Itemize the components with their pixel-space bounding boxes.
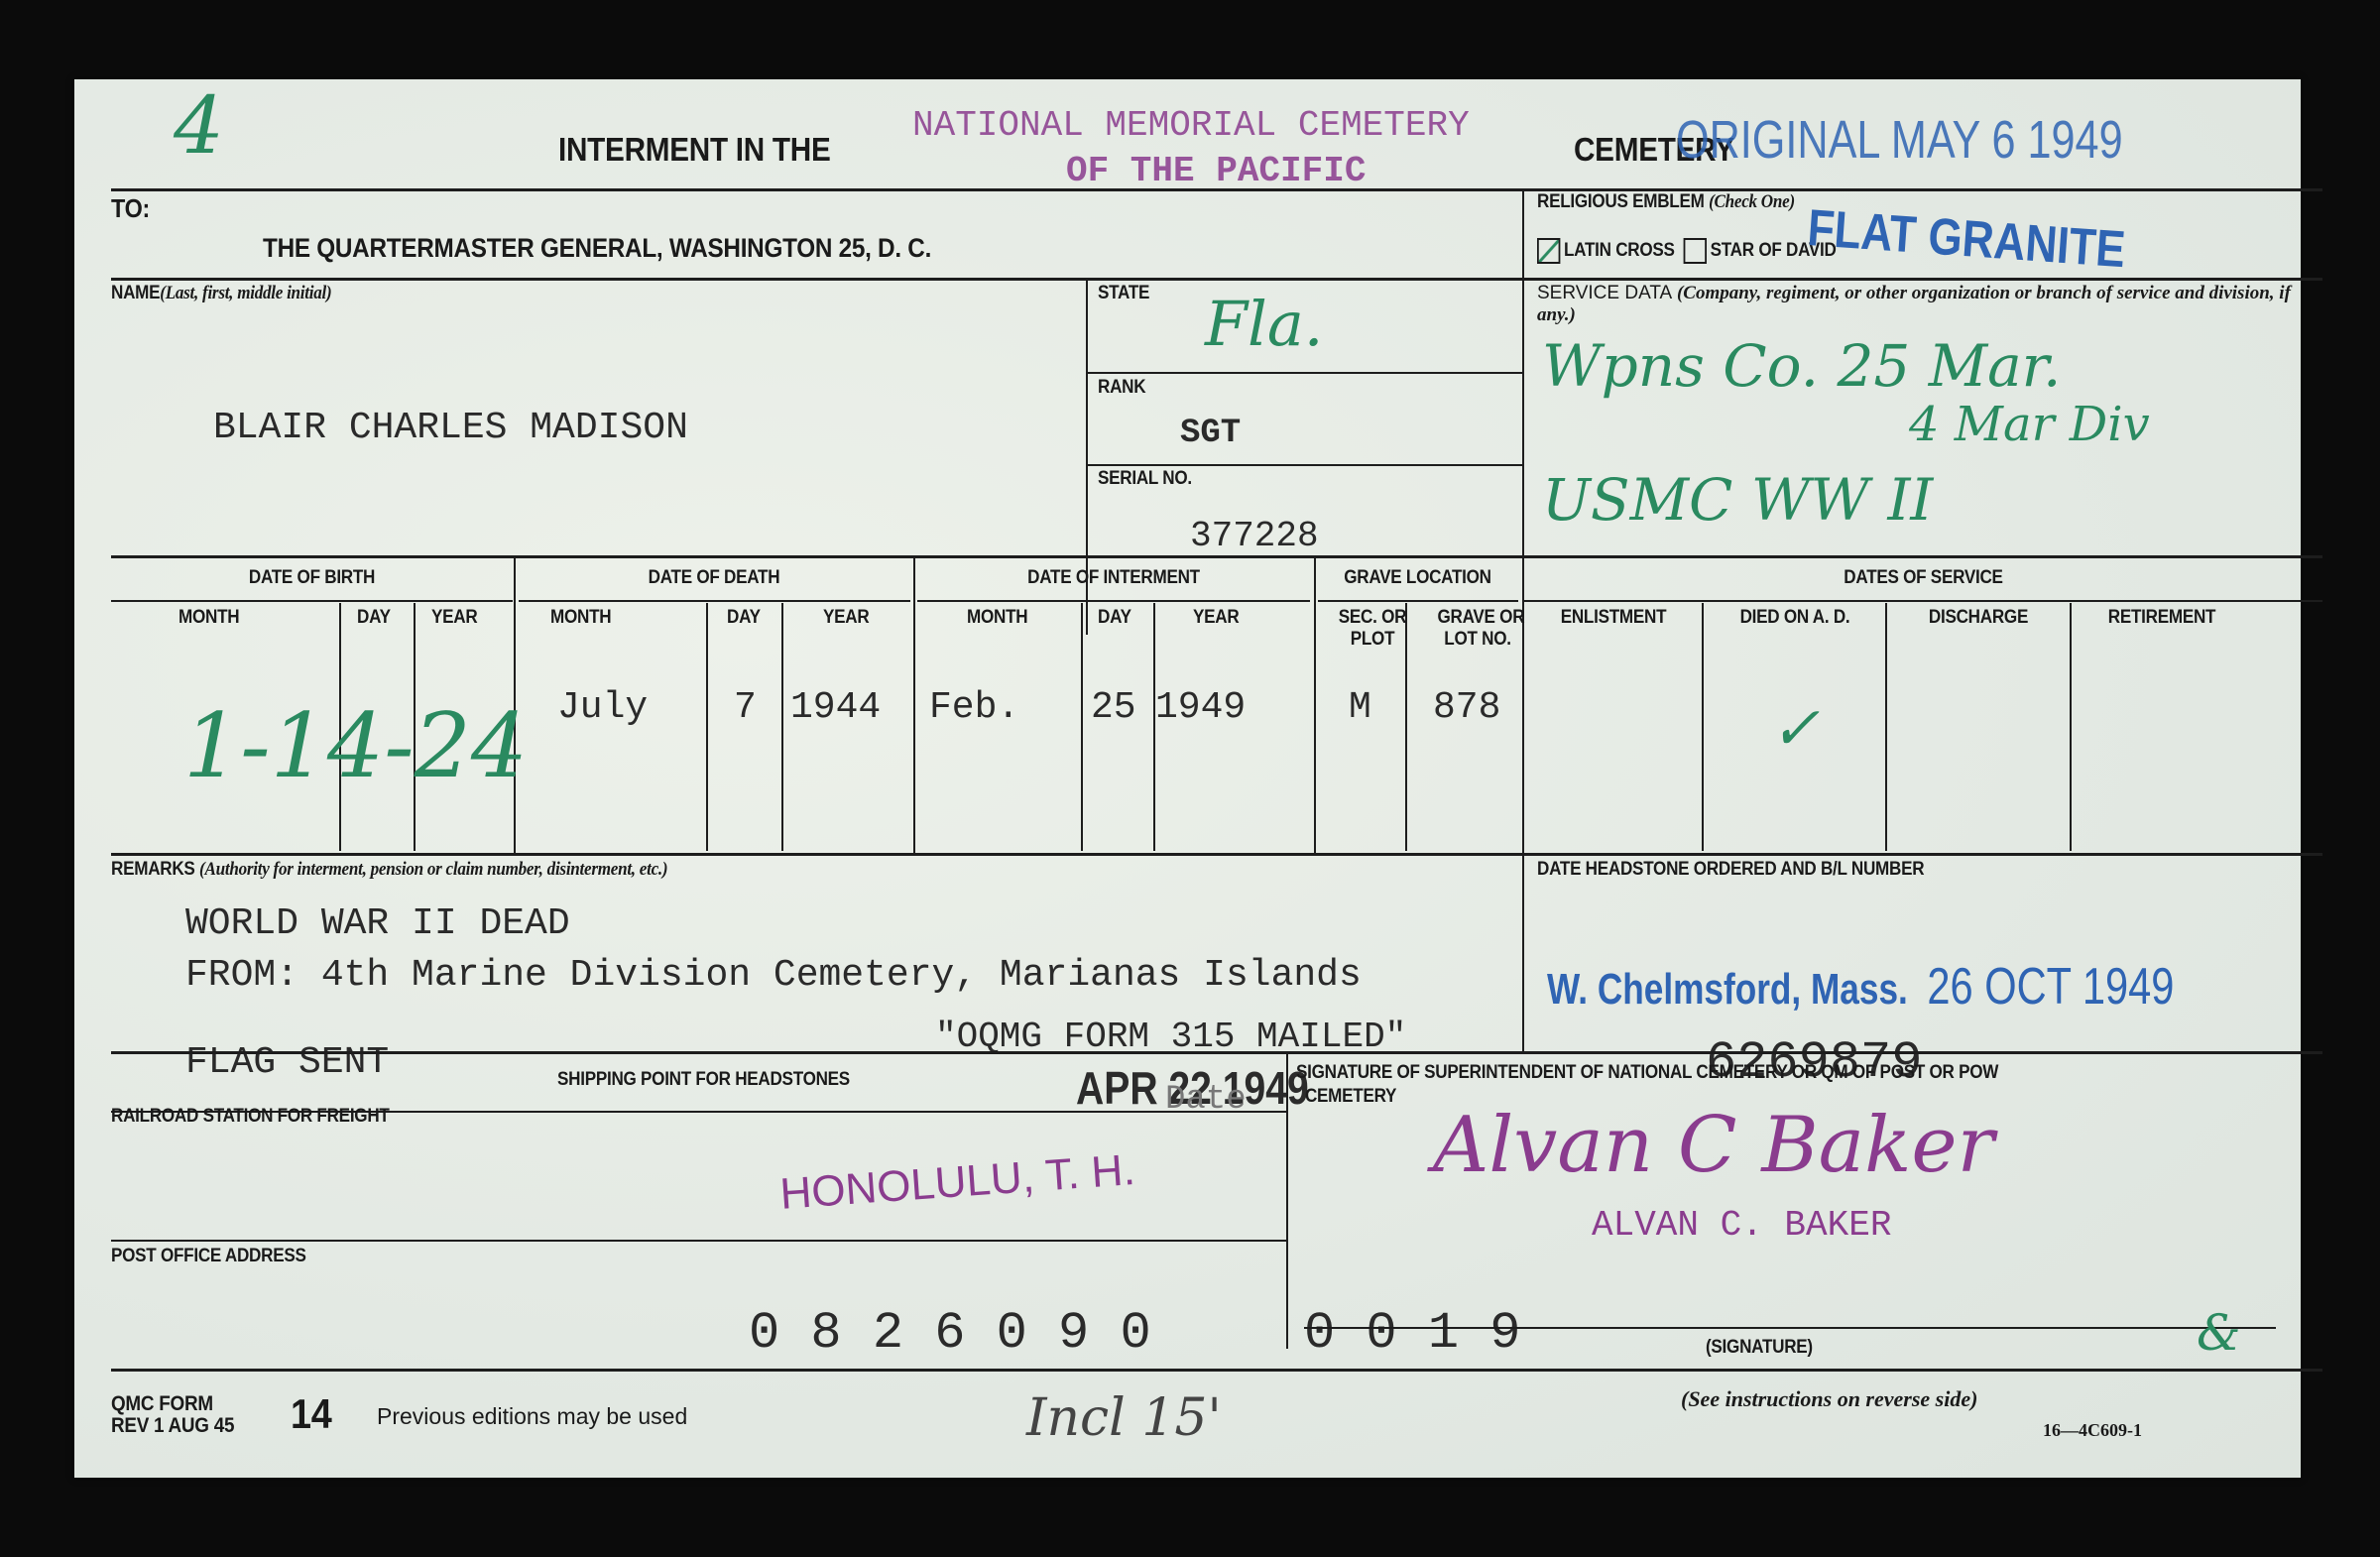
grave-lot: 878 [1433, 686, 1500, 729]
grave-section: M [1349, 686, 1371, 729]
divider [111, 555, 2322, 558]
death-month: July [557, 686, 648, 729]
post-office-label: POST OFFICE ADDRESS [111, 1246, 306, 1267]
discharge-label: DISCHARGE [1898, 607, 2059, 629]
death-month-label: MONTH [550, 607, 611, 629]
divider [1524, 600, 2322, 602]
birth-date-handwritten: 1-14-24 [183, 694, 528, 798]
signature-line [1304, 1327, 2276, 1329]
railroad-value: HONOLULU, T. H. [778, 1145, 1136, 1220]
remarks-line2: FROM: 4th Marine Division Cemetery, Mari… [185, 954, 1362, 997]
died-on-ad-label: DIED ON A. D. [1715, 607, 1875, 629]
flag-sent: FLAG SENT [185, 1041, 389, 1084]
divider [111, 278, 1524, 281]
divider [1081, 603, 1083, 851]
original-date-stamp: ORIGINAL MAY 6 1949 [1676, 109, 2123, 171]
birth-day-label: DAY [357, 607, 391, 629]
religious-emblem-label: RELIGIOUS EMBLEM (Check One) [1537, 191, 1795, 213]
divider [1524, 278, 2322, 281]
name-label: NAME(Last, first, middle initial) [111, 283, 331, 304]
service-data-line3: USMC WW II [1542, 466, 1933, 534]
birth-header: DATE OF BIRTH [131, 567, 493, 589]
divider [1405, 603, 1407, 851]
typed-signer-name: ALVAN C. BAKER [1592, 1205, 1891, 1246]
signature-caption: (SIGNATURE) [1706, 1337, 1813, 1359]
state-value: Fla. [1205, 288, 1324, 360]
divider [1086, 372, 1522, 374]
headstone-order-stamp: W. Chelmsford, Mass. 26 OCT 1949 [1547, 957, 2174, 1017]
interment-record-card: 4 INTERMENT IN THE NATIONAL MEMORIAL CEM… [74, 79, 2301, 1478]
interment-month: Feb. [929, 686, 1019, 729]
print-code: 16—4C609-1 [2043, 1420, 2142, 1441]
checkbox-icon [1537, 238, 1560, 264]
service-data-line1: Wpns Co. 25 Mar. [1542, 332, 2061, 400]
interment-year-label: YEAR [1193, 607, 1239, 629]
divider [111, 853, 2322, 856]
divider [781, 603, 783, 851]
handwritten-note: Incl 15' [1026, 1388, 1222, 1448]
death-year: 1944 [790, 686, 881, 729]
divider [706, 603, 708, 851]
cemetery-stamp-line2: OF THE PACIFIC [1066, 151, 1366, 191]
service-data-label: SERVICE DATA (Company, regiment, or othe… [1537, 283, 2320, 326]
title-prefix: INTERMENT IN THE [558, 131, 831, 169]
date-overprint: Date [1165, 1081, 1247, 1119]
divider [913, 557, 915, 855]
divider [111, 1240, 1286, 1242]
stamped-number-right: 0 0 1 9 [1304, 1304, 1520, 1363]
interment-day: 25 [1091, 686, 1136, 729]
remarks-line1: WORLD WAR II DEAD [185, 902, 570, 945]
headstone-type-stamp: FLAT GRANITE [1806, 198, 2127, 280]
rank-label: RANK [1098, 377, 1145, 399]
handwritten-initials: & [2197, 1304, 2241, 1362]
rank-value: SGT [1180, 415, 1241, 452]
form-number: 14 [291, 1390, 332, 1438]
interment-header: DATE OF INTERMENT [935, 567, 1292, 589]
lot-label: GRAVE ORLOT NO. [1438, 607, 1518, 651]
died-on-ad-check: ✓ [1770, 694, 1820, 764]
interment-day-label: DAY [1098, 607, 1131, 629]
emblem-options: LATIN CROSS STAR OF DAVID [1537, 238, 1837, 264]
divider [519, 600, 910, 602]
grave-header: GRAVE LOCATION [1326, 567, 1509, 589]
divider [1086, 464, 1522, 466]
to-label: TO: [111, 193, 150, 224]
divider [1318, 600, 1518, 602]
name-value: BLAIR CHARLES MADISON [213, 407, 688, 449]
divider [1286, 1053, 1288, 1349]
superintendent-signature: Alvan C Baker [1433, 1101, 1994, 1190]
divider [1314, 557, 1316, 855]
railroad-label: RAILROAD STATION FOR FREIGHT [111, 1106, 390, 1128]
death-day-label: DAY [727, 607, 761, 629]
state-label: STATE [1098, 283, 1149, 304]
divider [1885, 603, 1887, 851]
death-day: 7 [734, 686, 757, 729]
divider [111, 600, 513, 602]
headstone-ordered-label: DATE HEADSTONE ORDERED AND B/L NUMBER [1537, 859, 1924, 881]
latin-cross-checkbox[interactable]: LATIN CROSS [1537, 240, 1675, 261]
cemetery-stamp-line1: NATIONAL MEMORIAL CEMETERY [912, 105, 1470, 146]
shipping-label: SHIPPING POINT FOR HEADSTONES [557, 1069, 850, 1091]
remarks-label: REMARKS (Authority for interment, pensio… [111, 859, 667, 881]
birth-month-label: MONTH [178, 607, 239, 629]
enlistment-label: ENLISTMENT [1533, 607, 1694, 629]
death-year-label: YEAR [823, 607, 869, 629]
instructions-note: (See instructions on reverse side) [1681, 1386, 1977, 1412]
divider [2070, 603, 2072, 851]
handwritten-number: 4 [174, 79, 224, 172]
retirement-label: RETIREMENT [2082, 607, 2242, 629]
divider [111, 1369, 2322, 1372]
divider [111, 188, 2322, 191]
previous-editions-note: Previous editions may be used [377, 1403, 687, 1430]
serial-label: SERIAL NO. [1098, 468, 1192, 490]
checkbox-icon [1684, 238, 1707, 264]
interment-year: 1949 [1155, 686, 1246, 729]
dates-of-service-header: DATES OF SERVICE [1564, 567, 2283, 589]
service-data-line2: 4 Mar Div [1909, 397, 2150, 452]
stamped-number-left: 0 8 2 6 0 9 0 [749, 1304, 1151, 1363]
addressee: THE QUARTERMASTER GENERAL, WASHINGTON 25… [263, 233, 931, 264]
divider [1702, 603, 1704, 851]
divider [111, 1051, 2322, 1054]
birth-year-label: YEAR [431, 607, 477, 629]
serial-value: 377228 [1190, 516, 1319, 556]
interment-month-label: MONTH [967, 607, 1027, 629]
form-id: QMC FORMREV 1 AUG 45 [111, 1393, 234, 1437]
death-header: DATE OF DEATH [535, 567, 892, 589]
divider [917, 600, 1310, 602]
